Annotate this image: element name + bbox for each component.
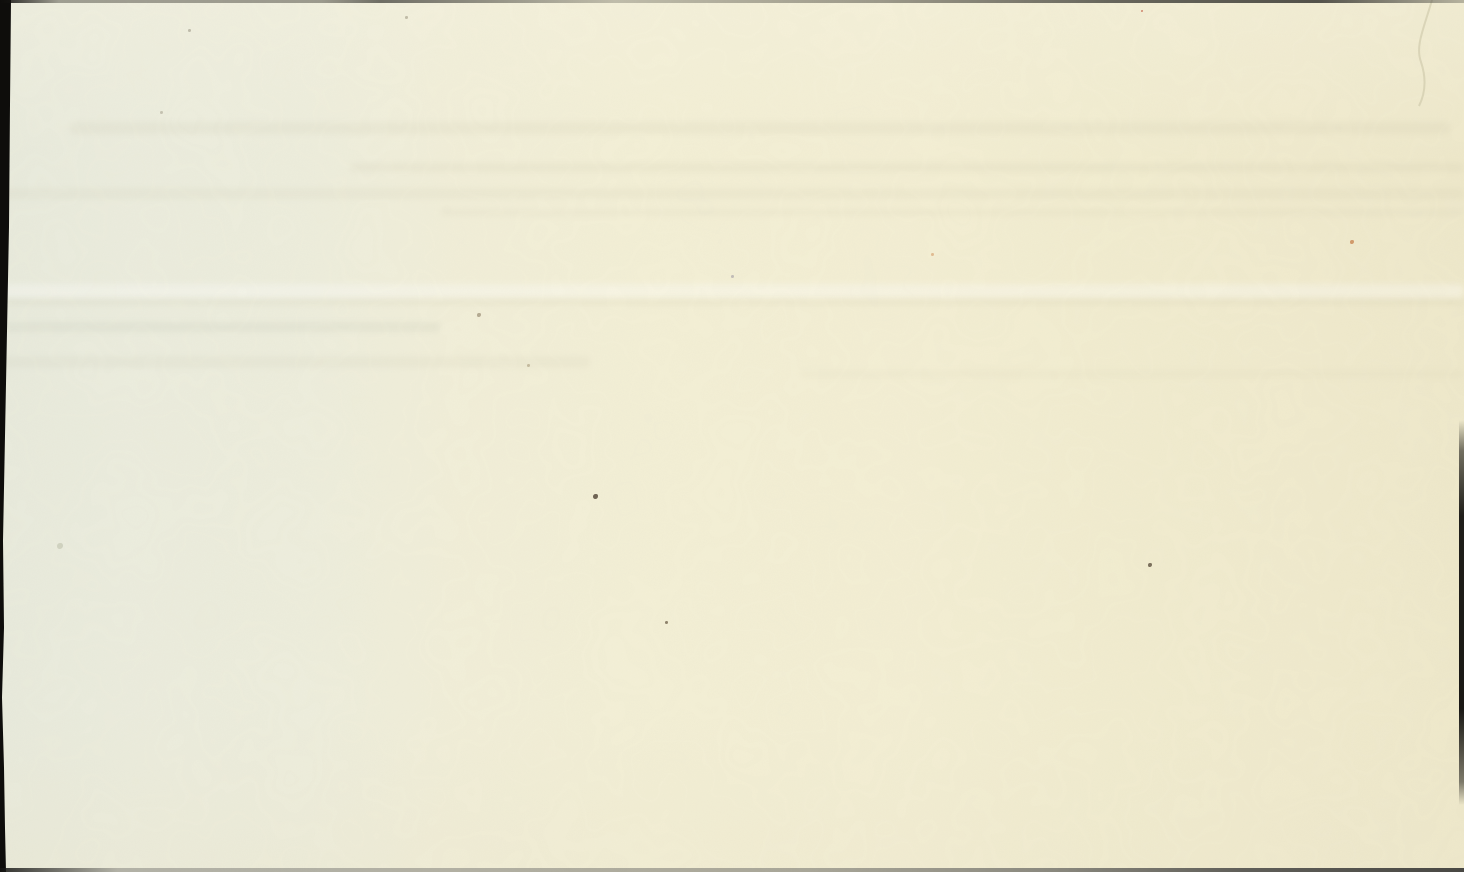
paper-speck [665, 621, 668, 624]
right-scan-edge [1459, 420, 1464, 805]
paper-speck [477, 313, 481, 317]
paper-speck [1141, 10, 1143, 12]
paper-speck [57, 543, 63, 549]
paper-speck [160, 111, 163, 114]
paper-speck [731, 275, 734, 278]
paper-speck [405, 16, 408, 19]
paper-speck [1148, 563, 1152, 567]
top-scan-edge [0, 0, 1464, 3]
paper-speck [527, 364, 530, 367]
paper-speck [931, 253, 934, 256]
bottom-scan-edge [0, 868, 1464, 872]
paper-speck [593, 494, 598, 499]
paper-speck [1350, 240, 1354, 244]
scanned-postcard-back [0, 0, 1464, 872]
paper-speck [188, 29, 191, 32]
paper-specks-layer [0, 0, 1464, 872]
